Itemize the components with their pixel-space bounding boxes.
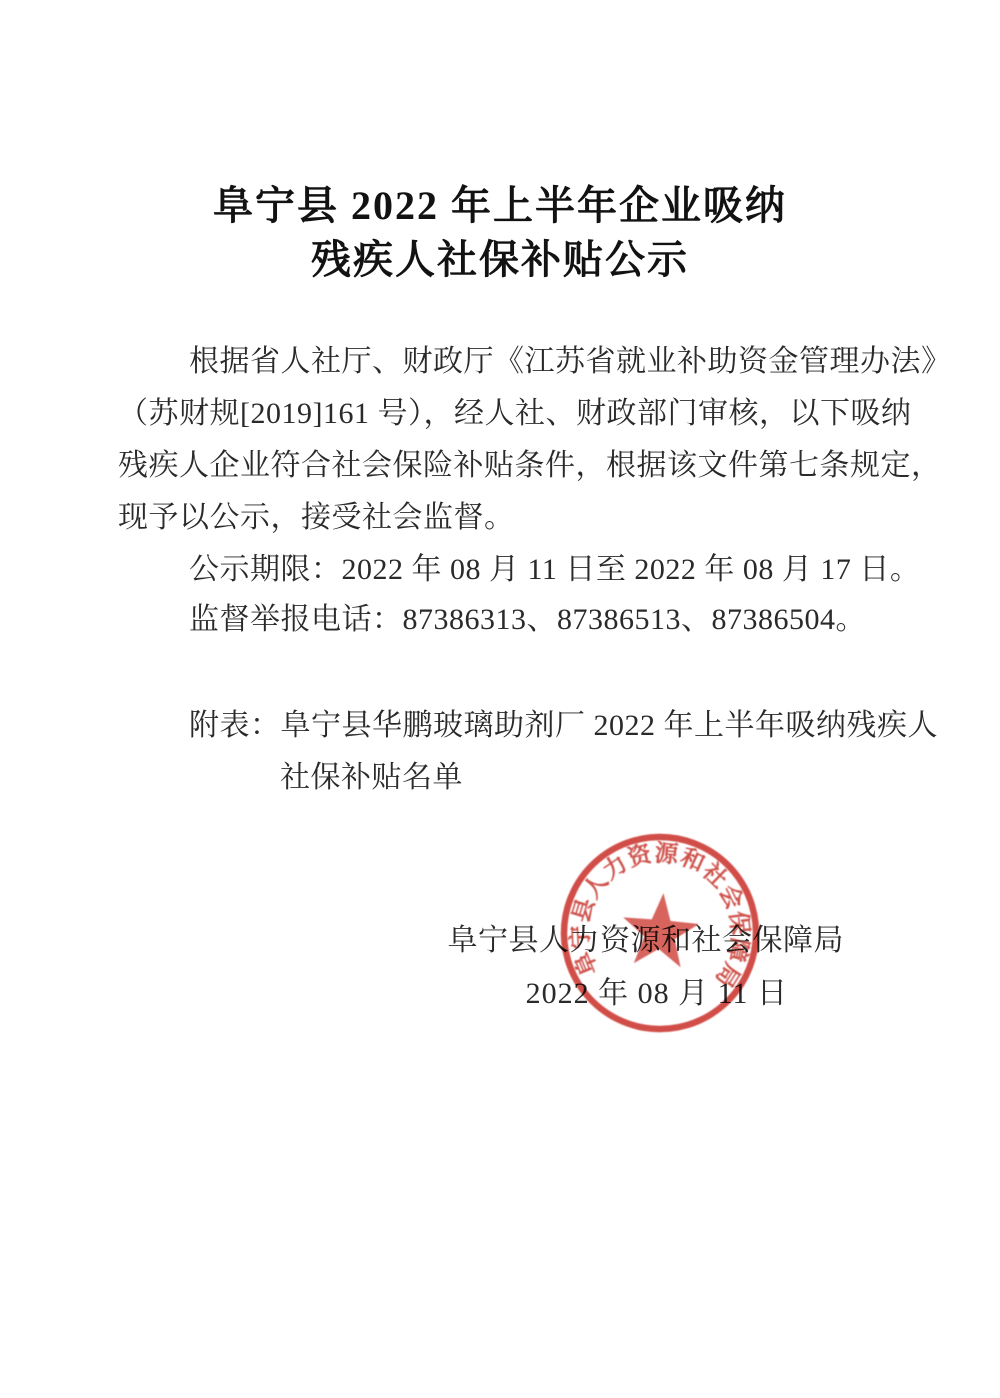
body-paragraph-line-4: 现予以公示，接受社会监督。 <box>118 498 908 538</box>
body-paragraph-line-3: 残疾人企业符合社会保险补贴条件，根据该文件第七条规定， <box>118 446 908 486</box>
issue-date: 2022 年 08 月 11 日 <box>526 968 788 1012</box>
body-paragraph-line-2: （苏财规[2019]161 号），经人社、财政部门审核，以下吸纳 <box>118 394 908 434</box>
notice-period-line: 公示期限：2022 年 08 月 11 日至 2022 年 08 月 17 日。 <box>118 550 979 590</box>
announcement-document-page: 阜宁县 2022 年上半年企业吸纳 残疾人社保补贴公示 根据省人社厅、财政厅《江… <box>0 0 1000 1398</box>
report-phone-line: 监督举报电话：87386313、87386513、87386504。 <box>118 600 979 640</box>
document-title-line-1: 阜宁县 2022 年上半年企业吸纳 <box>0 174 1000 231</box>
attachment-line-1: 附表：阜宁县华鹏玻璃助剂厂 2022 年上半年吸纳残疾人 <box>118 706 979 746</box>
issuing-agency-signature: 阜宁县人力资源和社会保障局 <box>448 915 845 959</box>
attachment-line-2: 社保补贴名单 <box>280 758 1000 798</box>
document-title-line-2: 残疾人社保补贴公示 <box>0 228 1000 285</box>
body-paragraph-line-1: 根据省人社厅、财政厅《江苏省就业补助资金管理办法》 <box>118 342 979 382</box>
